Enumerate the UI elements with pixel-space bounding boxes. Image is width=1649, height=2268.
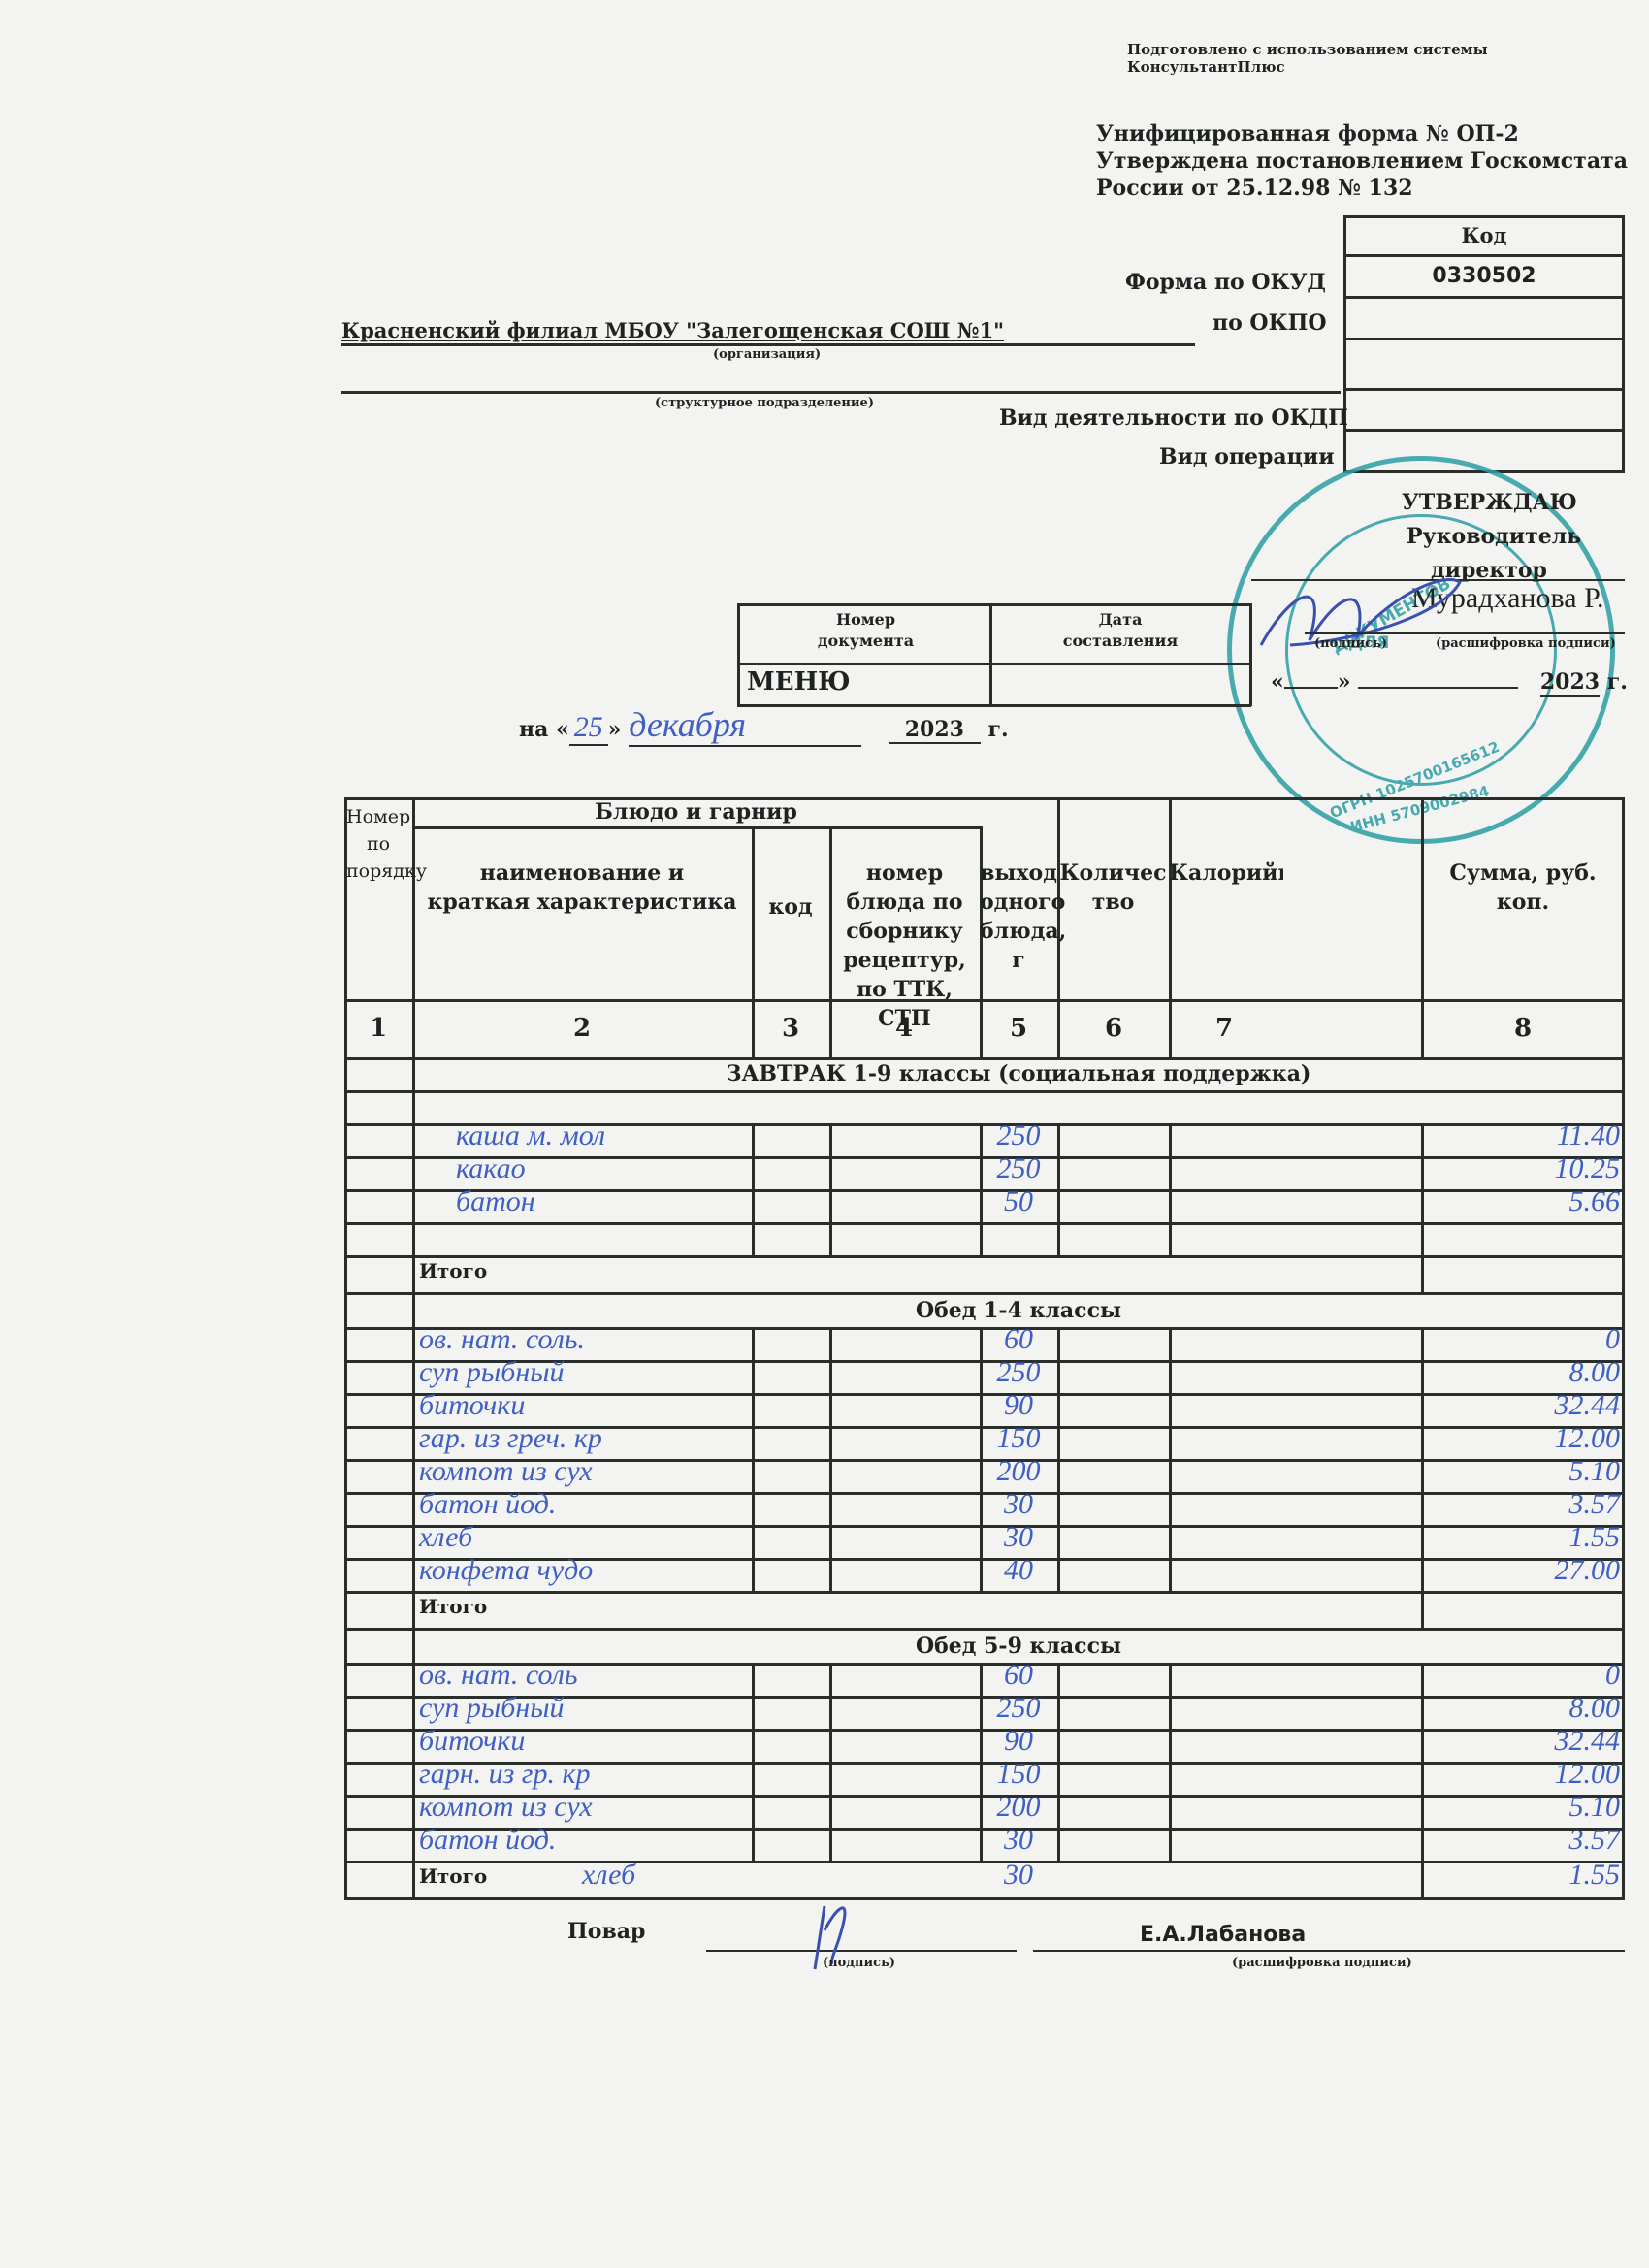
row-dish-name: хлеб [582, 1859, 635, 1892]
row-sum: 3.57 [1421, 1488, 1620, 1521]
row-sum: 5.10 [1421, 1791, 1620, 1824]
col-header-qty: Количество [1057, 859, 1169, 917]
row-dish-name: батон йод. [419, 1824, 556, 1857]
menu-year-suffix: г. [988, 717, 1009, 742]
form-title: Унифицированная форма № ОП-2 [1096, 120, 1628, 147]
row-sum: 8.00 [1421, 1692, 1620, 1725]
row-dish-name: суп рыбный [419, 1356, 565, 1389]
approval-title: УТВЕРЖДАЮ [1402, 490, 1577, 515]
col-header-num: Номер по порядку [346, 803, 410, 885]
row-dish-name: хлеб [419, 1521, 472, 1554]
col-header-calories: Калорийность [1169, 859, 1283, 888]
col-header-code: код [752, 892, 829, 922]
row-sum: 12.00 [1421, 1422, 1620, 1455]
menu-title: МЕНЮ [747, 667, 851, 697]
row-dish-name: гар. из греч. кр [419, 1422, 602, 1455]
operation-label: Вид операции [1159, 444, 1335, 470]
row-yield: 250 [980, 1356, 1057, 1389]
cook-signature-caption: (подпись) [823, 1956, 895, 1970]
col-number-2: 2 [563, 1014, 601, 1043]
row-sum: 0 [1421, 1659, 1620, 1692]
row-dish-name: суп рыбный [419, 1692, 565, 1725]
col-number-5: 5 [999, 1014, 1038, 1043]
row-dish-name: батон [456, 1185, 535, 1218]
col-header-recipe: номер блюда по сборнику рецептур, по ТТК… [829, 859, 980, 1033]
okud-value: 0330502 [1343, 264, 1625, 288]
row-yield: 200 [980, 1791, 1057, 1824]
row-sum: 1.55 [1421, 1521, 1620, 1554]
row-sum: 32.44 [1421, 1389, 1620, 1422]
total-label-2: Итого [419, 1864, 487, 1888]
approval-date: «» 2023 г. [1271, 669, 1628, 697]
row-dish-name: компот из сух [419, 1791, 593, 1824]
col-number-1: 1 [359, 1014, 398, 1043]
organization-caption: (организация) [713, 347, 821, 362]
row-sum: 12.00 [1421, 1758, 1620, 1791]
row-yield: 200 [980, 1455, 1057, 1488]
cook-name: Е.А.Лабанова [1140, 1923, 1306, 1947]
menu-month: декабря [629, 704, 861, 747]
cook-role: Повар [567, 1919, 645, 1944]
row-dish-name: какао [456, 1152, 526, 1185]
okud-label: Форма по ОКУД [1125, 270, 1326, 295]
approval-year: 2023 [1540, 669, 1600, 697]
col-number-8: 8 [1503, 1014, 1542, 1043]
form-header: Унифицированная форма № ОП-2 Утверждена … [1096, 120, 1628, 202]
row-dish-name: компот из сух [419, 1455, 593, 1488]
row-yield: 50 [980, 1185, 1057, 1218]
doc-date-header: Дата составления [1048, 609, 1193, 652]
row-sum: 11.40 [1421, 1119, 1620, 1152]
row-yield: 60 [980, 1323, 1057, 1356]
row-sum: 3.57 [1421, 1824, 1620, 1857]
row-yield: 90 [980, 1389, 1057, 1422]
row-yield: 30 [980, 1488, 1057, 1521]
approval-signature-caption: (подпись) [1314, 636, 1387, 651]
cook-decode-caption: (расшифровка подписи) [1232, 1956, 1412, 1970]
total-label-1: Итого [419, 1595, 487, 1618]
row-yield: 250 [980, 1692, 1057, 1725]
row-yield: 250 [980, 1119, 1057, 1152]
col-header-name: наименование и краткая характеристика [427, 859, 737, 917]
menu-year: 2023 [889, 717, 981, 744]
approval-year-suffix: г. [1607, 669, 1628, 695]
row-sum: 1.55 [1421, 1859, 1620, 1892]
col-header-sum: Сумма, руб. коп. [1421, 859, 1625, 917]
row-sum: 8.00 [1421, 1356, 1620, 1389]
menu-date: на «25» декабря 2023 г. [519, 704, 1009, 747]
subdivision-caption: (структурное подразделение) [655, 396, 874, 410]
row-dish-name: биточки [419, 1389, 525, 1422]
approved-line-2: России от 25.12.98 № 132 [1096, 175, 1628, 202]
row-sum: 5.66 [1421, 1185, 1620, 1218]
section-title-0: ЗАВТРАК 1-9 классы (социальная поддержка… [412, 1059, 1625, 1088]
okpo-label: по ОКПО [1212, 310, 1327, 336]
col-number-6: 6 [1094, 1014, 1133, 1043]
row-yield: 40 [980, 1554, 1057, 1587]
col-number-4: 4 [885, 1014, 923, 1043]
row-dish-name: ов. нат. соль [419, 1659, 578, 1692]
organization-name: Красненский филиал МБОУ "Залегощенская С… [341, 318, 1004, 342]
col-header-dish-group: Блюдо и гарнир [412, 798, 980, 826]
row-yield: 150 [980, 1758, 1057, 1791]
approval-day [1284, 687, 1338, 689]
menu-day: 25 [569, 711, 608, 746]
approval-decode-caption: (расшифровка подписи) [1436, 636, 1616, 651]
row-sum: 32.44 [1421, 1725, 1620, 1758]
row-dish-name: гарн. из гр. кр [419, 1758, 591, 1791]
section-title-1: Обед 1-4 классы [412, 1296, 1625, 1325]
codes-header: Код [1343, 223, 1625, 247]
col-header-yield: выход одного блюда, г [980, 859, 1057, 975]
approval-month [1358, 687, 1518, 689]
row-dish-name: ов. нат. соль. [419, 1323, 585, 1356]
total-label-0: Итого [419, 1259, 487, 1282]
row-dish-name: конфета чудо [419, 1554, 593, 1587]
row-sum: 5.10 [1421, 1455, 1620, 1488]
section-title-2: Обед 5-9 классы [412, 1632, 1625, 1661]
row-dish-name: биточки [419, 1725, 525, 1758]
approved-line-1: Утверждена постановлением Госкомстата [1096, 147, 1628, 175]
row-sum: 10.25 [1421, 1152, 1620, 1185]
row-yield: 250 [980, 1152, 1057, 1185]
doc-number-header: Номер документа [795, 609, 936, 652]
row-yield: 30 [980, 1824, 1057, 1857]
row-yield: 30 [980, 1859, 1057, 1892]
col-number-3: 3 [771, 1014, 810, 1043]
row-sum: 0 [1421, 1323, 1620, 1356]
okdp-label: Вид деятельности по ОКДП [999, 405, 1348, 431]
row-yield: 30 [980, 1521, 1057, 1554]
col-number-7: 7 [1205, 1014, 1244, 1043]
row-yield: 60 [980, 1659, 1057, 1692]
row-sum: 27.00 [1421, 1554, 1620, 1587]
row-dish-name: батон йод. [419, 1488, 556, 1521]
row-dish-name: каша м. мол [456, 1119, 605, 1152]
consultant-note: Подготовлено с использованием системы Ко… [1127, 41, 1649, 76]
row-yield: 150 [980, 1422, 1057, 1455]
approval-role: Руководитель [1406, 524, 1581, 549]
menu-date-prefix: на [519, 717, 548, 742]
row-yield: 90 [980, 1725, 1057, 1758]
